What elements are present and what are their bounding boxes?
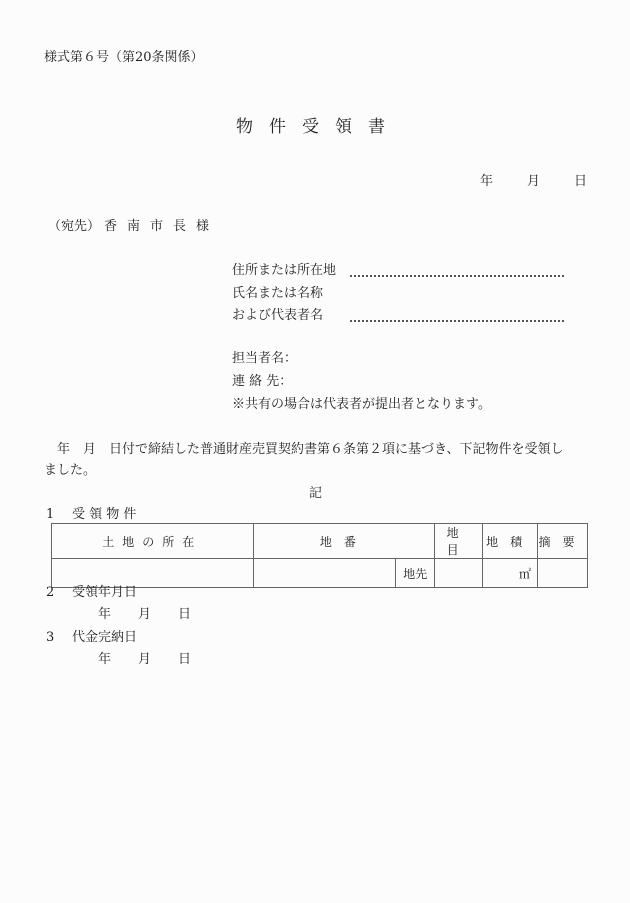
section-label: 受 領 物 件 <box>72 507 136 522</box>
cell-remarks[interactable] <box>538 559 588 588</box>
receipt-year: 年 <box>98 608 111 621</box>
section-3: 3代金完納日 <box>46 631 137 644</box>
section-label: 代金完納日 <box>72 630 137 645</box>
address-label: 住所または所在地 <box>232 264 336 277</box>
header-lot-number: 地番 <box>253 524 435 559</box>
header-remarks: 摘要 <box>538 524 588 559</box>
payment-day: 日 <box>178 653 191 666</box>
addressee-prefix: （宛先） <box>48 219 100 234</box>
addressee-name: 香南市長様 <box>104 219 219 234</box>
cell-category[interactable] <box>435 559 483 588</box>
cell-lot-number[interactable] <box>253 559 396 588</box>
joint-ownership-note: ※共有の場合は代表者が提出者となります。 <box>232 398 491 411</box>
section-2: 2受領年月日 <box>46 586 137 599</box>
header-area: 地積 <box>483 524 538 559</box>
cell-location[interactable] <box>52 559 254 588</box>
header-category: 地目 <box>435 524 483 559</box>
receipt-day: 日 <box>178 608 191 621</box>
receipt-month: 月 <box>138 608 151 621</box>
cell-lot-suffix: 地先 <box>396 559 435 588</box>
payment-month: 月 <box>138 653 151 666</box>
property-table: 土地の所在 地番 地目 地積 摘要 地先 ㎡ <box>51 523 588 588</box>
payment-year: 年 <box>98 653 111 666</box>
header-location: 土地の所在 <box>52 524 254 559</box>
date-month: 月 <box>527 175 540 188</box>
section-label: 受領年月日 <box>72 585 137 600</box>
date-day: 日 <box>574 175 587 188</box>
contact-person-label: 担当者名： <box>232 352 297 365</box>
ki-heading: 記 <box>309 487 322 500</box>
address-field[interactable] <box>350 275 564 277</box>
addressee: （宛先）香南市長様 <box>48 220 219 233</box>
section-1: 1受 領 物 件 <box>46 508 136 521</box>
date-year: 年 <box>480 175 493 188</box>
body-line-1: 年 月 日付で締結した普通財産売買契約書第６条第２項に基づき、下記物件を受領し <box>44 443 563 456</box>
representative-field[interactable] <box>350 320 564 322</box>
table-row: 地先 ㎡ <box>52 559 588 588</box>
table-header-row: 土地の所在 地番 地目 地積 摘要 <box>52 524 588 559</box>
cell-area[interactable]: ㎡ <box>483 559 538 588</box>
form-number: 様式第６号（第20条関係） <box>44 51 204 64</box>
body-line-2: ました。 <box>44 464 96 477</box>
rep-label: および代表者名 <box>232 309 323 322</box>
document-title: 物件受領書 <box>236 119 401 136</box>
name-label: 氏名または名称 <box>232 287 323 300</box>
contact-label: 連 絡 先： <box>232 375 292 388</box>
